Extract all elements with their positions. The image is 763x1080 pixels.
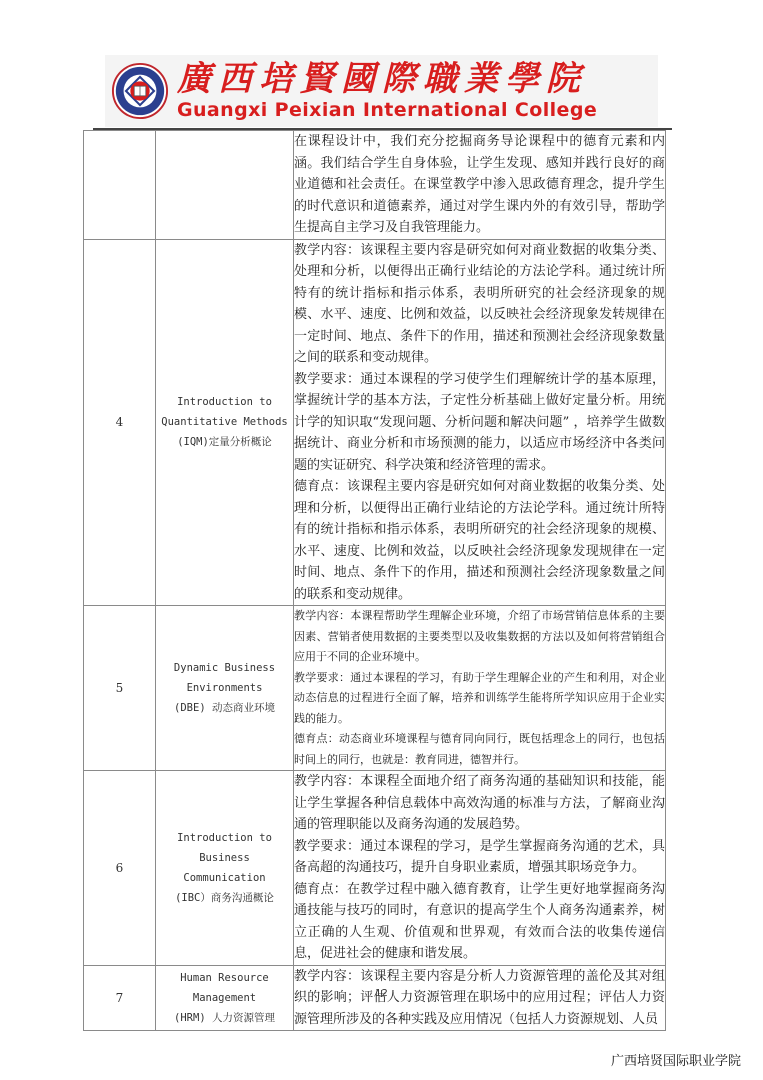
course-description: 教学内容：该课程主要内容是研究如何对商业数据的收集分类、处理和分析，以便得出正确…	[294, 239, 666, 606]
teaching-content: 教学内容：本课程全面地介绍了商务沟通的基础知识和技能，能让学生掌握各种信息载体中…	[294, 771, 665, 836]
course-number	[84, 131, 156, 240]
course-name: Introduction to Business Communication (…	[156, 771, 294, 966]
teaching-requirements: 教学要求：通过本课程的学习使学生们理解统计学的基本原理，掌握统计学的基本方法，子…	[294, 369, 665, 477]
course-description: 教学内容：本课程全面地介绍了商务沟通的基础知识和技能，能让学生掌握各种信息载体中…	[294, 771, 666, 966]
college-logo-icon	[111, 62, 169, 120]
course-name-line: Environments	[156, 678, 293, 698]
course-description: 在课程设计中，我们充分挖掘商务导论课程中的德育元素和内涵。我们结合学生自身体验，…	[294, 131, 666, 240]
college-name-cn: 廣西培賢國際職業學院	[177, 60, 597, 98]
course-name-line: Introduction to	[156, 392, 293, 412]
course-name-line: Human Resource	[156, 968, 293, 988]
moral-education-points: 德育点：该课程主要内容是研究如何对商业数据的收集分类、处理和分析，以便得出正确行…	[294, 476, 665, 605]
course-name: Dynamic Business Environments (DBE) 动态商业…	[156, 606, 294, 771]
moral-education-points: 德育点：动态商业环境课程与德育同向同行，既包括理念上的同行，也包括时间上的同行，…	[294, 729, 665, 770]
course-name-line: Quantitative Methods	[156, 412, 293, 432]
course-name-line: (HRM) 人力资源管理	[156, 1008, 293, 1028]
teaching-requirements: 教学要求：通过本课程的学习，有助于学生理解企业的产生和利用，对企业动态信息的过程…	[294, 668, 665, 730]
course-name-line: (IQM)定量分析概论	[156, 432, 293, 452]
description-paragraph: 在课程设计中，我们充分挖掘商务导论课程中的德育元素和内涵。我们结合学生自身体验，…	[294, 131, 665, 239]
table-row: 5 Dynamic Business Environments (DBE) 动态…	[84, 606, 666, 771]
course-name-line: Introduction to	[156, 828, 293, 848]
college-name-en: Guangxi Peixian International College	[177, 98, 597, 122]
moral-education-points: 德育点：在教学过程中融入德育教育，让学生更好地掌握商务沟通技能与技巧的同时，有意…	[294, 879, 665, 965]
page-number: 12	[0, 988, 763, 999]
course-description: 教学内容：本课程帮助学生理解企业环境，介绍了市场营销信息体系的主要因素、营销者使…	[294, 606, 666, 771]
course-name: Introduction to Quantitative Methods (IQ…	[156, 239, 294, 606]
course-number: 6	[84, 771, 156, 966]
table-row: 在课程设计中，我们充分挖掘商务导论课程中的德育元素和内涵。我们结合学生自身体验，…	[84, 131, 666, 240]
footer-college-name: 广西培贤国际职业学院	[611, 1050, 741, 1069]
course-name-line: Business Communication	[156, 848, 293, 888]
course-name-line: (IBC）商务沟通概论	[156, 888, 293, 908]
teaching-content: 教学内容：该课程主要内容是研究如何对商业数据的收集分类、处理和分析，以便得出正确…	[294, 240, 665, 369]
course-table: 在课程设计中，我们充分挖掘商务导论课程中的德育元素和内涵。我们结合学生自身体验，…	[83, 130, 666, 1031]
course-number: 5	[84, 606, 156, 771]
table-row: 6 Introduction to Business Communication…	[84, 771, 666, 966]
table-row: 4 Introduction to Quantitative Methods (…	[84, 239, 666, 606]
teaching-content: 教学内容：本课程帮助学生理解企业环境，介绍了市场营销信息体系的主要因素、营销者使…	[294, 606, 665, 668]
course-name	[156, 131, 294, 240]
teaching-requirements: 教学要求：通过本课程的学习，是学生掌握商务沟通的艺术，具备高超的沟通技巧，提升自…	[294, 836, 665, 879]
college-banner: 廣西培賢國際職業學院 Guangxi Peixian International…	[105, 55, 658, 127]
course-number: 4	[84, 239, 156, 606]
course-name-line: Dynamic Business	[156, 658, 293, 678]
course-name-line: (DBE) 动态商业环境	[156, 698, 293, 718]
